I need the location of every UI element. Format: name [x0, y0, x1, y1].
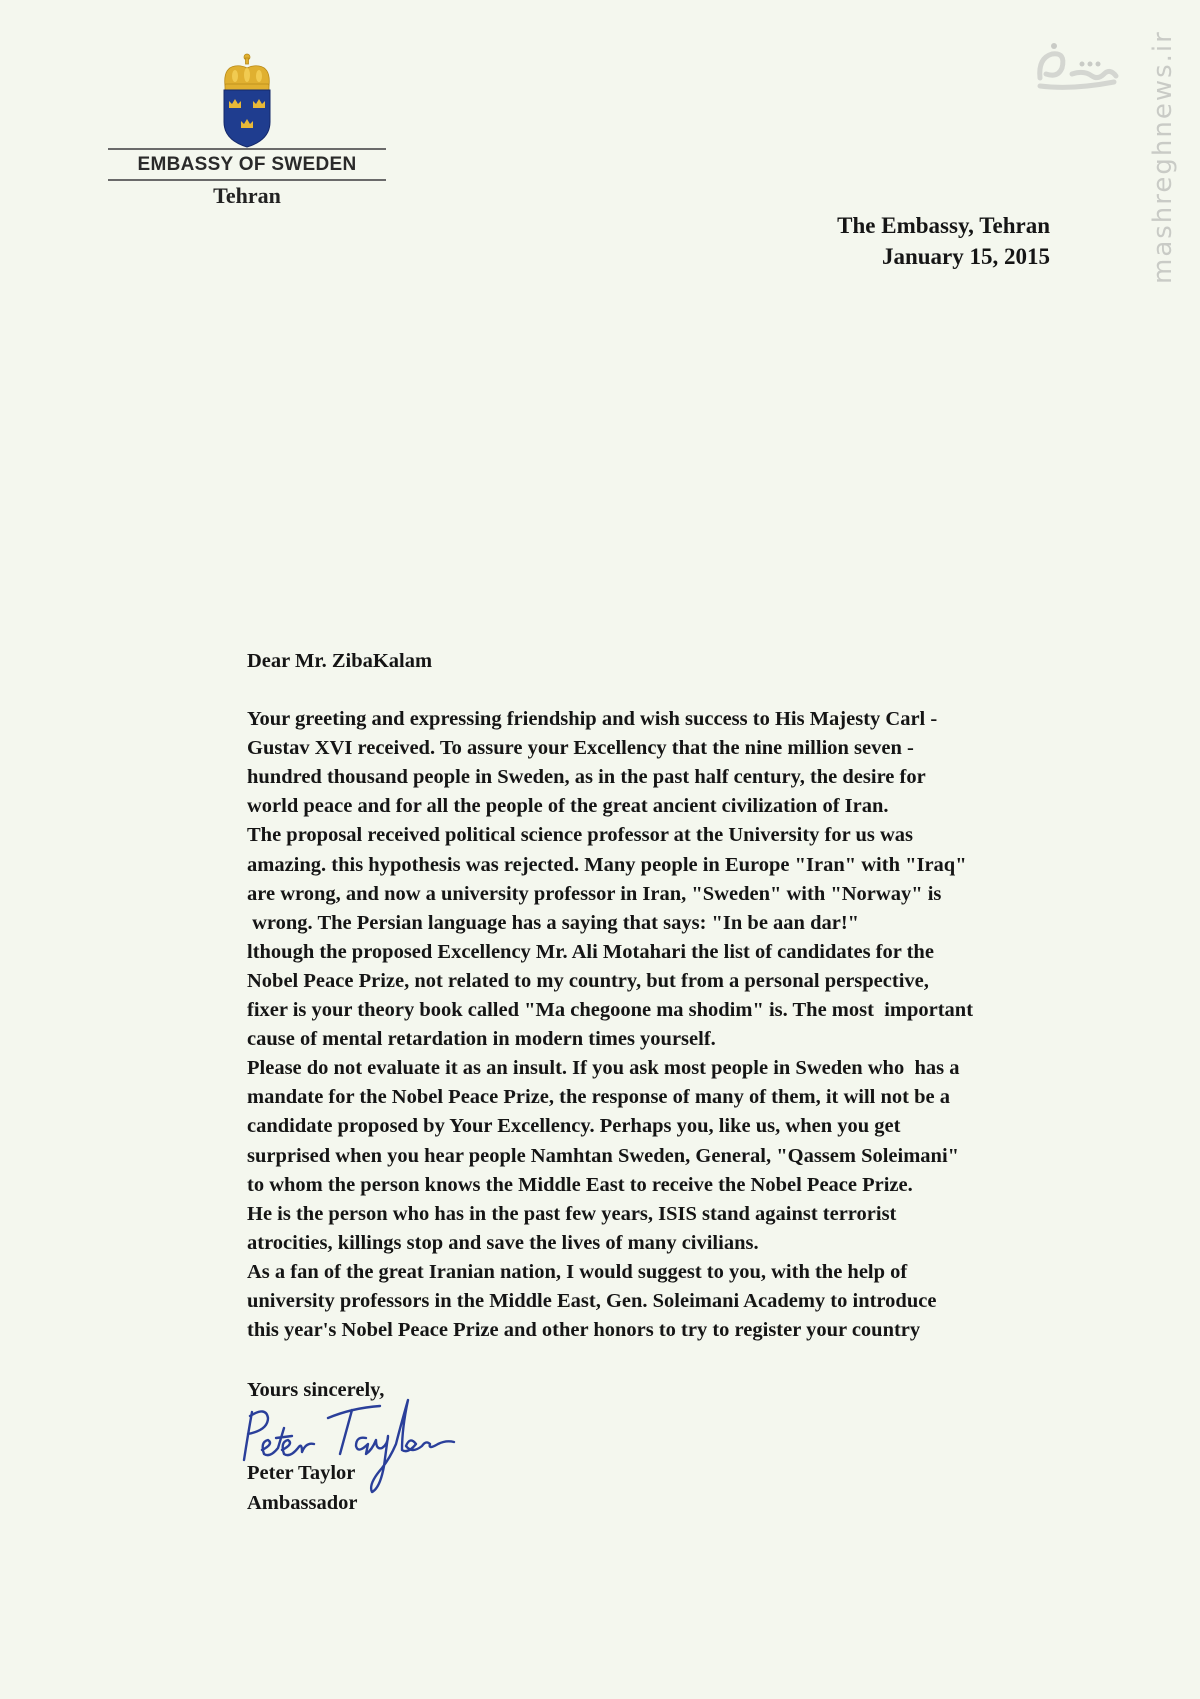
body-line: Gustav XVI received. To assure your Exce… [247, 734, 1067, 763]
body-line: As a fan of the great Iranian nation, I … [247, 1258, 1067, 1287]
body-line: fixer is your theory book called "Ma che… [247, 996, 1067, 1025]
signer-name: Peter Taylor [247, 1462, 355, 1485]
body-line: The proposal received political science … [247, 821, 1067, 850]
body-line: lthough the proposed Excellency Mr. Ali … [247, 938, 1067, 967]
salutation: Dear Mr. ZibaKalam [247, 647, 1067, 676]
body-line: cause of mental retardation in modern ti… [247, 1025, 1067, 1054]
address-block: The Embassy, Tehran January 15, 2015 [837, 210, 1050, 272]
letter-date: January 15, 2015 [837, 241, 1050, 272]
body-line: Your greeting and expressing friendship … [247, 705, 1067, 734]
body-line: to whom the person knows the Middle East… [247, 1171, 1067, 1200]
body-line: surprised when you hear people Namhtan S… [247, 1142, 1067, 1171]
letter-paragraph: Your greeting and expressing friendship … [247, 705, 1067, 1345]
body-line: mandate for the Nobel Peace Prize, the r… [247, 1083, 1067, 1112]
mashregh-logo-icon [1032, 38, 1124, 98]
letterhead: EMBASSY OF SWEDEN Tehran [108, 52, 386, 209]
body-line: this year's Nobel Peace Prize and other … [247, 1316, 1067, 1345]
body-line: amazing. this hypothesis was rejected. M… [247, 851, 1067, 880]
body-line: Please do not evaluate it as an insult. … [247, 1054, 1067, 1083]
watermark-url: mashreghnews.ir [1148, 30, 1178, 330]
letter-body: Dear Mr. ZibaKalam Your greeting and exp… [247, 647, 1067, 1345]
body-line: atrocities, killings stop and save the l… [247, 1229, 1067, 1258]
body-line: He is the person who has in the past few… [247, 1200, 1067, 1229]
body-line: are wrong, and now a university professo… [247, 880, 1067, 909]
embassy-city: Tehran [108, 183, 386, 209]
body-line: hundred thousand people in Sweden, as in… [247, 763, 1067, 792]
body-line: world peace and for all the people of th… [247, 792, 1067, 821]
body-line: candidate proposed by Your Excellency. P… [247, 1112, 1067, 1141]
body-line: wrong. The Persian language has a saying… [247, 909, 1067, 938]
swedish-coat-of-arms-icon [219, 52, 275, 148]
signer-title: Ambassador [247, 1492, 358, 1515]
embassy-name: EMBASSY OF SWEDEN [108, 150, 386, 179]
sender-address: The Embassy, Tehran [837, 210, 1050, 241]
letterhead-bottom-rule [108, 179, 386, 181]
body-line: university professors in the Middle East… [247, 1287, 1067, 1316]
body-line: Nobel Peace Prize, not related to my cou… [247, 967, 1067, 996]
